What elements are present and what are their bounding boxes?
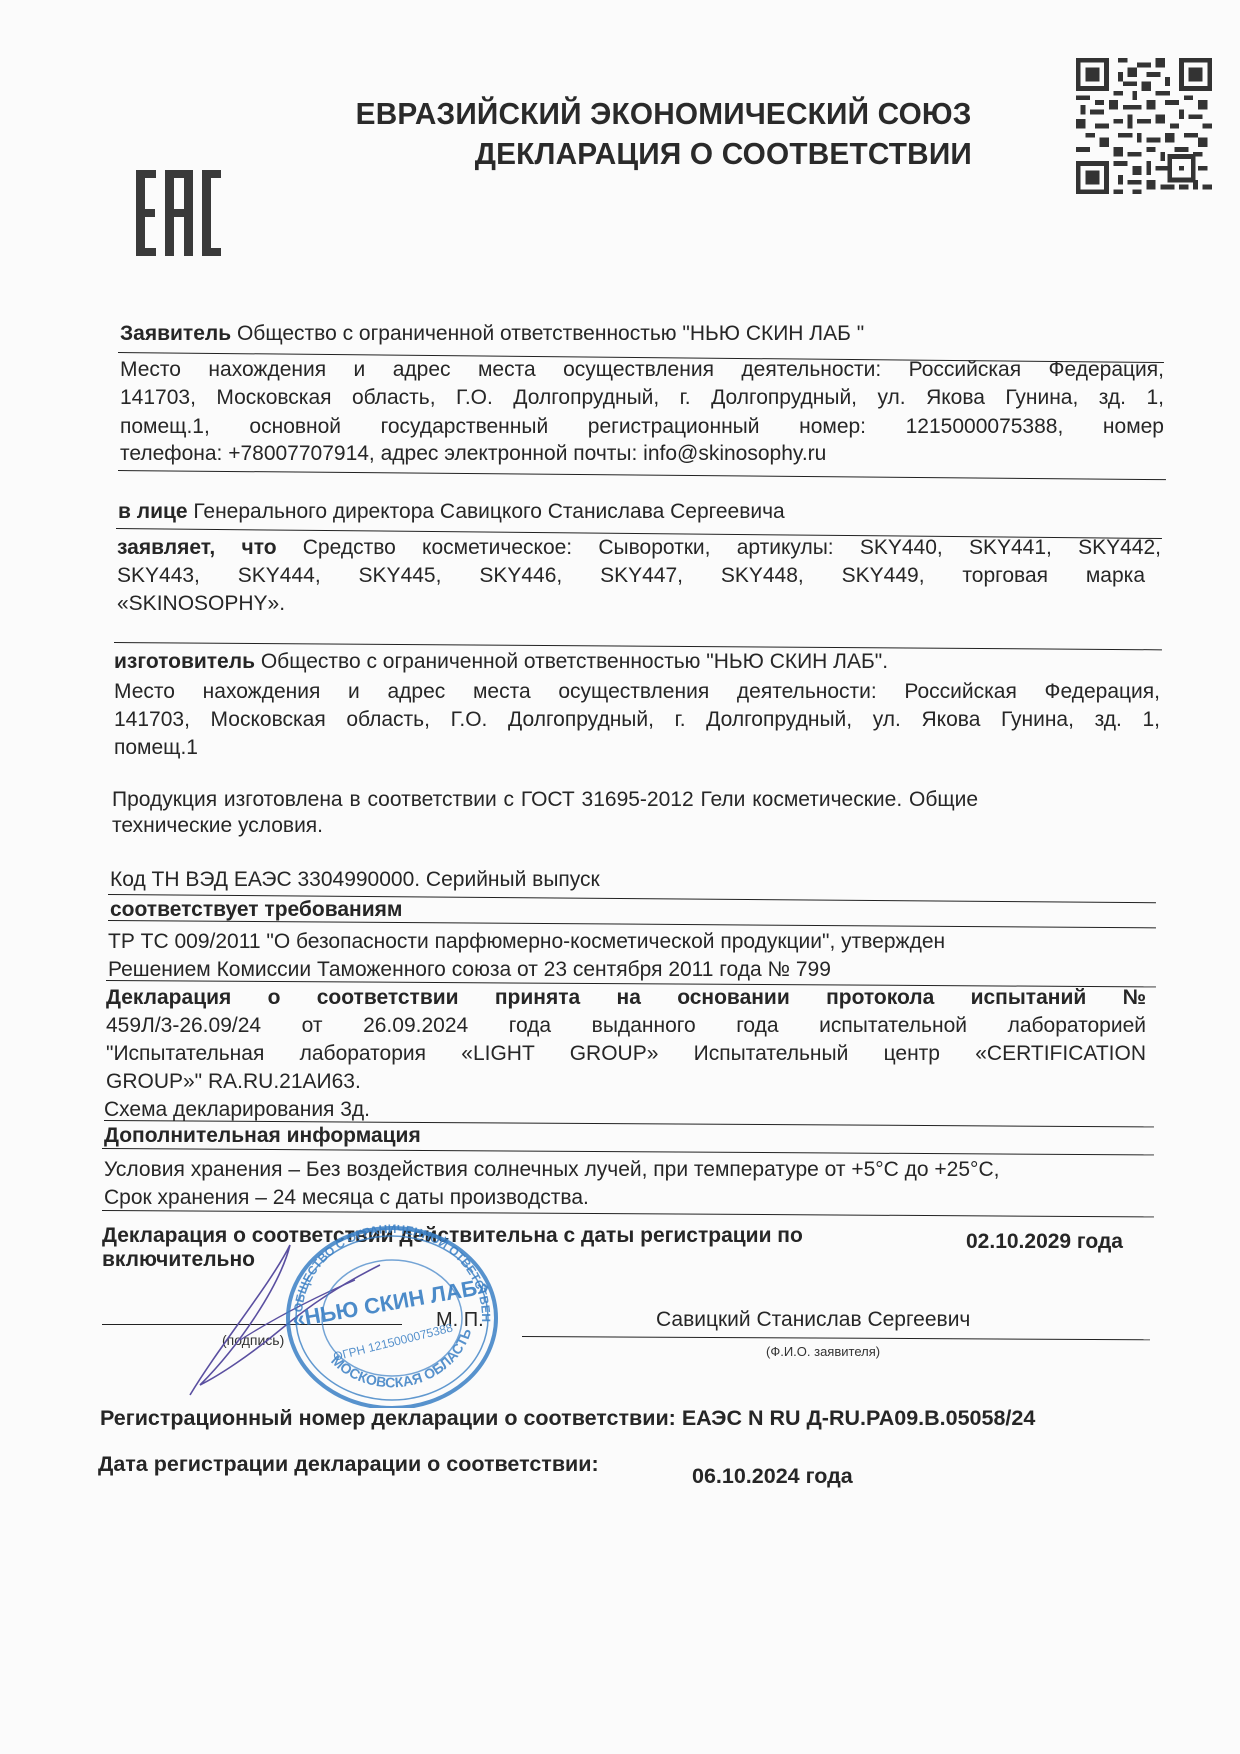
registration-date: 06.10.2024 года	[692, 1462, 853, 1490]
validity-date: 02.10.2029 года	[966, 1228, 1123, 1256]
declares-line: SKY443, SKY444, SKY445, SKY446, SKY447, …	[117, 562, 1145, 590]
declares-label: заявляет, что	[117, 536, 277, 559]
basis-line: GROUP»" RA.RU.21АИ63.	[106, 1068, 361, 1096]
additional-info-line: Срок хранения – 24 месяца с даты произво…	[104, 1184, 589, 1212]
document-title: ДЕКЛАРАЦИЯ О СООТВЕТСТВИИ	[475, 136, 972, 172]
manufacturer-address-line: Место нахождения и адрес места осуществл…	[114, 678, 1160, 706]
divider	[102, 1210, 1154, 1217]
registration-number-line: Регистрационный номер декларации о соотв…	[100, 1404, 1035, 1432]
declares-line: заявляет, что Средство косметическое: Сы…	[117, 534, 1161, 562]
basis-line: 459Л/3-26.09/24 от 26.09.2024 года выдан…	[106, 1012, 1146, 1040]
union-title: ЕВРАЗИЙСКИЙ ЭКОНОМИЧЕСКИЙ СОЮЗ	[356, 96, 972, 132]
manufacturer-line: изготовитель Общество с ограниченной отв…	[114, 648, 888, 676]
registration-date-label: Дата регистрации декларации о соответств…	[98, 1450, 599, 1478]
applicant-line: Заявитель Общество с ограниченной ответс…	[120, 320, 864, 348]
applicant-address-line: телефона: +78007707914, адрес электронно…	[120, 440, 826, 468]
requirements-line: ТР ТС 009/2011 "О безопасности парфюмерн…	[108, 928, 945, 956]
tn-ved-code: Код ТН ВЭД ЕАЭС 3304990000. Серийный вып…	[110, 866, 600, 894]
qr-code-icon	[1076, 58, 1212, 194]
additional-info-label: Дополнительная информация	[104, 1122, 421, 1150]
standard-line: Продукция изготовлена в соответствии с Г…	[112, 786, 978, 814]
manufacturer-address-line: помещ.1	[114, 734, 198, 762]
manufacturer-address-line: 141703, Московская область, Г.О. Долгопр…	[114, 706, 1160, 734]
applicant-address-line: Место нахождения и адрес места осуществл…	[120, 356, 1164, 384]
registration-number-label: Регистрационный номер декларации о соотв…	[100, 1406, 676, 1430]
applicant-name: Общество с ограниченной ответственностью…	[231, 322, 864, 345]
manufacturer-name: Общество с ограниченной ответственностью…	[255, 650, 888, 673]
standard-line: технические условия.	[112, 812, 323, 840]
additional-info-line: Условия хранения – Без воздействия солне…	[104, 1156, 999, 1184]
svg-text:«НЬЮ СКИН ЛАБ»: «НЬЮ СКИН ЛАБ»	[290, 1273, 491, 1332]
divider	[118, 470, 1166, 480]
represented-by-line: в лице Генерального директора Савицкого …	[118, 498, 785, 526]
manufacturer-label: изготовитель	[114, 650, 255, 673]
basis-label: Декларация о соответствии принята на осн…	[106, 984, 1146, 1012]
svg-text:ОГРН 1215000075388: ОГРН 1215000075388	[332, 1320, 455, 1363]
signer-name: Савицкий Станислав Сергеевич	[656, 1306, 970, 1334]
divider	[102, 1148, 1154, 1155]
signer-caption-text: (Ф.И.О. заявителя)	[766, 1338, 880, 1366]
declares-line: «SKINOSOPHY».	[117, 590, 285, 618]
company-stamp-icon: ОБЩЕСТВО С ОГРАНИЧЕННОЙ ОТВЕТСТВЕННОСТЬЮ…	[272, 1218, 512, 1408]
applicant-address-line: помещ.1, основной государственный регист…	[120, 413, 1164, 441]
basis-line: "Испытательная лаборатория «LIGHT GROUP»…	[106, 1040, 1146, 1068]
represented-by-label: в лице	[118, 500, 188, 523]
applicant-address-line: 141703, Московская область, Г.О. Долгопр…	[120, 384, 1164, 412]
eac-logo-icon	[136, 170, 221, 256]
applicant-label: Заявитель	[120, 322, 231, 345]
represented-by-value: Генерального директора Савицкого Станисл…	[188, 500, 785, 523]
declares-product: Средство косметическое: Сыворотки, артик…	[277, 536, 1161, 559]
registration-number: ЕАЭС N RU Д-RU.PA09.B.05058/24	[682, 1406, 1036, 1430]
